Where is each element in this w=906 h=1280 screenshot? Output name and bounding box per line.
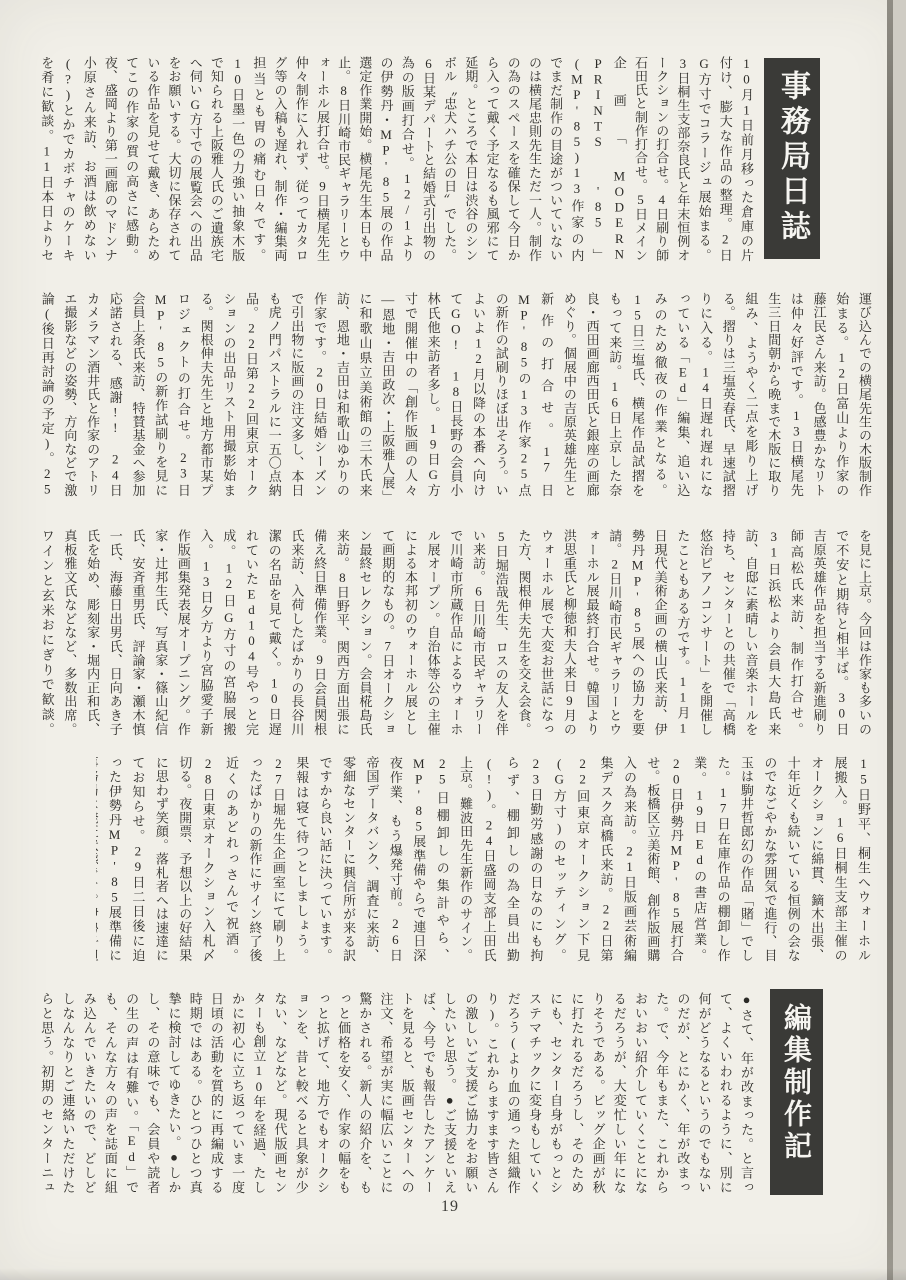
diary-text-block-1: 10月1日前月移った倉庫の片付け、膨大な作品の整理。2日G方寸でコラージュ展始ま… (35, 56, 757, 262)
scan-margin (893, 0, 906, 1280)
diary-text-block-4: 15日野平、桐生へウォーホル展搬入。16日桐生支部主催のオークションに綿貫、鏑木… (96, 756, 875, 962)
page-number: 19 (420, 1198, 480, 1216)
section-title-editorial: 編集制作記 (770, 989, 823, 1195)
bottom-edge-shadow (0, 1268, 906, 1280)
page-edge-shadow (887, 0, 893, 1280)
section-title-diary: 事務局日誌 (764, 58, 820, 259)
diary-text-block-3: を見に上京。今回は作家も多いので不安と期待と相半ば。30日吉原英雄作品を担当する… (33, 529, 875, 736)
diary-text-block-2: 運び込んでの横尾先生の木版制作始まる。12日富山より作家の藤江民さん来訪。色感豊… (33, 292, 875, 497)
editorial-text-block: ●さて、年が改まった。と言って、よくいわれるように、別に何がどうなるというのでも… (35, 992, 757, 1194)
scanned-magazine-page: 事務局日誌 10月1日前月移った倉庫の片付け、膨大な作品の整理。2日G方寸でコラ… (0, 0, 906, 1280)
